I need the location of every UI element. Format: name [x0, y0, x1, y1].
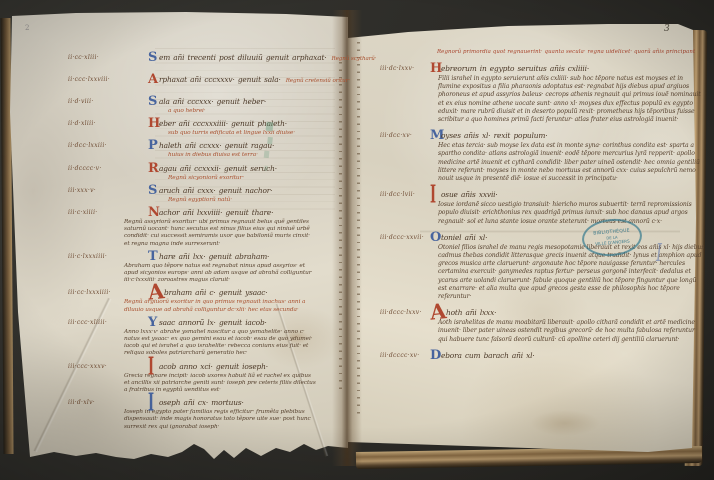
- chronicle-entry: ii·ccc·lxxviii·Arphaxat añi cccxxxv· gen…: [68, 72, 320, 86]
- entry-initial: P: [148, 143, 159, 149]
- entry-initial: H: [148, 121, 159, 127]
- entry-initial: H: [430, 66, 441, 72]
- chronicle-entry: ii·d·xliii·Heber añi cccxxxiiii· genuit …: [68, 116, 320, 137]
- entry-gloss: Regnũ sicyoniorũ exoritur·: [168, 175, 318, 182]
- entry-initial: S: [148, 55, 159, 61]
- margin-annus: iii·c·xiiii·: [68, 208, 148, 218]
- entry-heading: ebora cum barach añi xl·: [441, 351, 535, 360]
- entry-heading-line: iii·dcc·lvii·Iosue añis xxvii·: [380, 186, 708, 200]
- chronicle-entry: iii·c·lxxxiiii·Thare añi lxx· genuit abr…: [68, 249, 320, 285]
- entry-heading-line: ii·ccc·lxxviii·Arphaxat añi cccxxxv· gen…: [68, 72, 320, 86]
- chronicle-entry: ii·dcc·lxxiii·Phaleth añi ccxxx· genuit …: [68, 138, 320, 159]
- entry-heading: hare añi lxx· genuit abraham·: [159, 252, 269, 261]
- entry-gloss: Otoniel filios israhel de manu regis mes…: [438, 244, 706, 301]
- entry-heading: toniel añi xl·: [441, 233, 487, 242]
- entry-heading-line: iii·xxx·v·Saruch añi cxxx· genuit nachor…: [68, 183, 320, 196]
- entry-heading-line: iii·dcc·xv·Moyses añis xl· rexit populum…: [380, 127, 708, 141]
- entry-heading: agau añi ccxxxii· genuit seruch·: [159, 164, 277, 173]
- chronicle-entry: ii·cc·xliii·Sem añi trecenti post diluui…: [68, 50, 320, 64]
- entry-initial: A: [148, 77, 159, 83]
- entry-heading-line: iii·ccc·xxxv·Iacob anno xci· genuit iose…: [68, 359, 320, 372]
- rubric-line: Regnorũ primordia quot regnauerint· quan…: [437, 48, 695, 56]
- entry-heading: rphaxat añi cccxxxv· genuit sala·: [159, 75, 281, 84]
- entry-heading: oseph añi cx· mortuus·: [159, 398, 244, 407]
- entry-heading-line: iii·ccc·xliiii·Ysaac annorũ lx· genuit i…: [68, 315, 320, 328]
- entry-heading-line: iii·c·lxxxiiii·Thare añi lxx· genuit abr…: [68, 249, 320, 262]
- chronicle-entry: iii·dcc·xv·Moyses añis xl· rexit populum…: [380, 127, 708, 183]
- entry-heading: acob anno xci· genuit ioseph·: [159, 362, 268, 371]
- entry-initial: O: [430, 235, 441, 241]
- entry-heading-line: ii·dcccc·v·Ragau añi ccxxxii· genuit ser…: [68, 161, 320, 174]
- chronicle-entry: iii·cc·lxxxiiii·Abraham añi c· genuit ys…: [68, 285, 320, 313]
- entry-initial: N: [148, 210, 159, 216]
- chronicle-entry: iii·dcc·lvii·Iosue añis xxvii·Iosue iord…: [380, 186, 708, 226]
- entry-gloss: sub quo turris edificata et lingue lxxii…: [168, 130, 318, 137]
- entry-heading-line: ii·dcc·lxxiii·Phaleth añi ccxxx· genuit …: [68, 138, 320, 151]
- entry-heading-line: iii·cc·lxxxiiii·Abraham añi c· genuit ys…: [68, 285, 320, 298]
- stamp-line-3: VILLE D'ANGERS: [595, 238, 630, 246]
- entry-gloss: Filii israhel in egypto seruierunt añis …: [438, 75, 706, 124]
- entry-gloss: a quo hebrei·: [168, 108, 318, 115]
- entry-heading: achor añi lxxviiii· genuit thare·: [159, 208, 273, 217]
- left-text-column: ii·cc·xliii·Sem añi trecenti post diluui…: [68, 50, 320, 432]
- entry-initial: I: [148, 363, 159, 374]
- chronicle-entry: iii·ccc·xliiii·Ysaac annorũ lx· genuit i…: [68, 315, 320, 358]
- entry-gloss: Regnũ egyptiorũ natũ·: [168, 197, 318, 204]
- entry-initial: M: [430, 133, 441, 139]
- entry-initial: Y: [148, 320, 159, 326]
- entry-heading-line: iii·dc·lxxv·Hebreorum in egypto seruitus…: [380, 60, 708, 74]
- entry-initial: S: [148, 188, 159, 194]
- margin-annus: iii·d·xlv·: [68, 398, 148, 408]
- margin-annus: iii·dcccc·xv·: [380, 350, 430, 361]
- margin-annus: iii·dc·lxxv·: [380, 63, 430, 74]
- margin-annus: iii·xxx·v·: [68, 186, 148, 196]
- folio-number-left: 2: [25, 24, 29, 32]
- entry-inline-gloss: Regnũ cretensiũ oritur·: [286, 78, 350, 84]
- showthrough-marks: [266, 122, 274, 132]
- folio-number-right: 3: [664, 24, 670, 34]
- margin-annus: iii·dcc·lvii·: [380, 189, 430, 200]
- entry-initial: I: [148, 400, 159, 411]
- entry-initial: I: [430, 192, 441, 203]
- entry-heading-line: iii·d·xlv·Ioseph añi cx· mortuus·: [68, 395, 320, 408]
- chronicle-entry: iii·d·xlv·Ioseph añi cx· mortuus·Ioseph …: [68, 395, 320, 431]
- entry-heading: em añi trecenti post diluuiũ genuit arph…: [159, 53, 326, 62]
- entry-gloss: Iosue iordanẽ sicco uestigio transiuit· …: [438, 201, 706, 226]
- margin-annus: iii·ccc·xliiii·: [68, 318, 148, 328]
- margin-annus: iii·c·lxxxiiii·: [68, 252, 148, 262]
- chronicle-entry: iii·xxx·v·Saruch añi cxxx· genuit nachor…: [68, 183, 320, 204]
- entry-gloss: huius in diebus diuisa est terra·: [168, 152, 318, 159]
- margin-annus: iii·ccc·xxxv·: [68, 362, 148, 372]
- entry-heading: saac annorũ lx· genuit iacob·: [159, 318, 267, 327]
- entry-initial: A: [430, 308, 447, 316]
- chronicle-entry: ii·d·viii·Sala añi cccxxx· genuit heber·…: [68, 94, 320, 115]
- parchment-stain: [530, 410, 600, 436]
- chronicle-entry: iii·dcccc·xv·Debora cum barach añi xl·: [380, 347, 708, 361]
- entry-initial: S: [148, 99, 159, 105]
- entry-initial: D: [430, 353, 441, 359]
- entry-heading: ala añi cccxxx· genuit heber·: [159, 97, 266, 106]
- margin-annus: ii·d·xliii·: [68, 119, 148, 129]
- entry-heading: haleth añi ccxxx· genuit ragau·: [159, 141, 274, 150]
- chronicle-entry: iii·ccc·xxxv·Iacob anno xci· genuit iose…: [68, 359, 320, 395]
- entry-heading: aruch añi cxxx· genuit nachor·: [159, 186, 272, 195]
- entry-gloss: Aoth israhelitas de manu moabitarũ liber…: [438, 319, 706, 344]
- entry-initial: T: [148, 254, 159, 260]
- entry-heading-line: iii·c·xiiii·Nachor añi lxxviiii· genuit …: [68, 205, 320, 218]
- right-text-column: Regnorũ primordia quot regnauerint· quan…: [380, 48, 708, 369]
- entry-heading: osue añis xxvii·: [441, 190, 498, 199]
- entry-heading: ebreorum in egypto seruitus añis cxliiii…: [441, 64, 589, 73]
- margin-annus: ii·dcccc·v·: [68, 164, 148, 174]
- entry-heading-line: ii·d·xliii·Heber añi cccxxxiiii· genuit …: [68, 116, 320, 129]
- margin-annus: ii·ccc·lxxviii·: [68, 75, 148, 85]
- margin-mark-blue: I: [656, 239, 662, 268]
- chronicle-entry: iii·c·xiiii·Nachor añi lxxviiii· genuit …: [68, 205, 320, 248]
- entry-heading: braham añi c· genuit ysaac·: [164, 288, 267, 297]
- margin-annus: ii·d·viii·: [68, 97, 148, 107]
- entry-initial: A: [148, 289, 165, 297]
- manuscript-photo: 2 3 ii·cc·xliii·Sem añi trecenti post di…: [0, 0, 714, 480]
- margin-annus: iii·dcc·xv·: [380, 130, 430, 141]
- entry-heading: oyses añis xl· rexit populum·: [441, 131, 547, 140]
- entry-heading-line: iii·dcccc·xv·Debora cum barach añi xl·: [380, 347, 708, 361]
- margin-annus: iii·dccc·lxxv·: [380, 307, 430, 318]
- margin-annus: iii·cc·lxxxiiii·: [68, 288, 148, 298]
- chronicle-entry: ii·dcccc·v·Ragau añi ccxxxii· genuit ser…: [68, 161, 320, 182]
- entry-initial: R: [148, 166, 159, 172]
- margin-annus: iii·dccc·xxvii·: [380, 232, 430, 243]
- entry-gloss: Regnũ assyriorũ exoritur· ubi primus reg…: [124, 219, 316, 248]
- margin-annus: ii·cc·xliii·: [68, 53, 148, 63]
- margin-annus: ii·dcc·lxxiii·: [68, 141, 148, 151]
- chronicle-entry: iii·dccc·lxxv·Ahoth añi lxxx·Aoth israhe…: [380, 304, 708, 344]
- entry-heading-line: ii·d·viii·Sala añi cccxxx· genuit heber·: [68, 94, 320, 107]
- entry-heading-line: ii·cc·xliii·Sem añi trecenti post diluui…: [68, 50, 320, 64]
- entry-heading: hoth añi lxxx·: [446, 308, 496, 317]
- entry-gloss: Hec etas tercia· sub moyse lex data est …: [438, 142, 706, 183]
- entry-heading-line: iii·dccc·lxxv·Ahoth añi lxxx·: [380, 304, 708, 318]
- entry-inline-gloss: Regnũ scytharũ·: [331, 56, 376, 62]
- chronicle-entry: iii·dc·lxxv·Hebreorum in egypto seruitus…: [380, 60, 708, 124]
